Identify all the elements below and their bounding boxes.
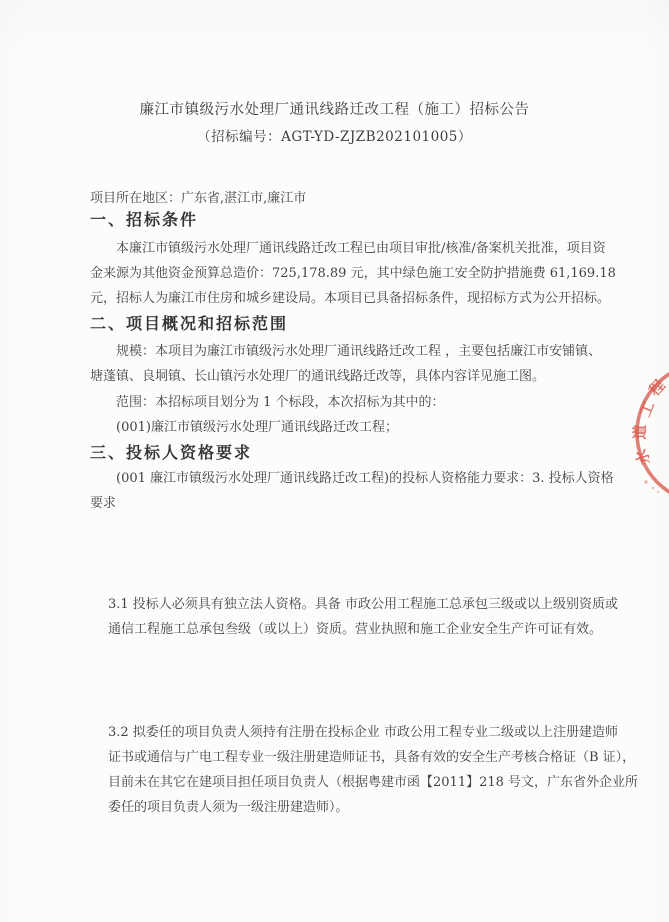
project-location-block: 项目所在地区：广东省,湛江市,廉江市 xyxy=(90,186,630,211)
seal-char: 水 xyxy=(632,447,654,467)
section-1-heading: 一、招标条件 xyxy=(90,210,198,230)
section-2-scope-paragraph: 规模：本项目为廉江市镇级污水处理厂通讯线路迁改工程 ，主要包括廉江市安铺镇、 塘… xyxy=(90,339,630,389)
body-line: (001 廉江市镇级污水处理厂通讯线路迁改工程)的投标人资格能力要求：3. 投标… xyxy=(90,466,630,491)
section-3-paragraph: (001 廉江市镇级污水处理厂通讯线路迁改工程)的投标人资格能力要求：3. 投标… xyxy=(90,466,630,516)
body-line: 本廉江市镇级污水处理厂通讯线路迁改工程已由项目审批/核准/备案机关批准，项目资 xyxy=(90,236,630,261)
red-seal-stamp-icon: 程 工 道 水 xyxy=(600,355,669,525)
body-line: 委任的项目负责人须为一级注册建造师）。 xyxy=(108,795,630,820)
clause-3-1-paragraph: 3.1 投标人必须具有独立法人资格。具备 市政公用工程施工总承包三级或以上级别资… xyxy=(108,592,630,642)
section-3-heading: 三、投标人资格要求 xyxy=(90,443,252,463)
body-line: 塘蓬镇、良垌镇、长山镇污水处理厂的通讯线路迁改等，具体内容详见施工图。 xyxy=(90,364,630,389)
section-2-range-line: 范围：本招标项目划分为 1 个标段，本次招标为其中的： xyxy=(90,390,630,415)
body-line: 通信工程施工总承包叁级（或以上）资质。营业执照和施工企业安全生产许可证有效。 xyxy=(108,617,630,642)
project-location: 项目所在地区：广东省,湛江市,廉江市 xyxy=(90,186,630,211)
section-1-paragraph: 本廉江市镇级污水处理厂通讯线路迁改工程已由项目审批/核准/备案机关批准，项目资 … xyxy=(90,236,630,311)
body-line: 规模：本项目为廉江市镇级污水处理厂通讯线路迁改工程 ，主要包括廉江市安铺镇、 xyxy=(90,339,630,364)
body-line: 元，招标人为廉江市住房和城乡建设局。本项目已具备招标条件，现招标方式为公开招标。 xyxy=(90,286,630,311)
body-line: 金来源为其他资金预算总造价：725,178.89 元，其中绿色施工安全防护措施费… xyxy=(90,261,630,286)
clause-3-2-paragraph: 3.2 拟委任的项目负责人须持有注册在投标企业 市政公用工程专业二级或以上注册建… xyxy=(108,720,630,820)
tender-number: （招标编号：AGT-YD-ZJZB202101005） xyxy=(0,126,669,148)
body-line: 要求 xyxy=(90,491,630,516)
seal-char: 道 xyxy=(631,424,649,439)
scanned-tender-document: 廉江市镇级污水处理厂通讯线路迁改工程（施工）招标公告 （招标编号：AGT-YD-… xyxy=(0,0,669,922)
body-line: 目前未在其它在建项目担任项目负责人（根据粤建市函【2011】218 号文，广东省… xyxy=(108,770,630,795)
body-line: 3.1 投标人必须具有独立法人资格。具备 市政公用工程施工总承包三级或以上级别资… xyxy=(108,592,630,617)
section-2-heading: 二、项目概况和招标范围 xyxy=(90,314,288,334)
body-line: 证书或通信与广电工程专业一级注册建造师证书，具备有效的安全生产考核合格证（B 证… xyxy=(108,745,630,770)
body-line: 范围：本招标项目划分为 1 个标段，本次招标为其中的： xyxy=(90,390,630,415)
body-line: (001)廉江市镇级污水处理厂通讯线路迁改工程； xyxy=(90,415,630,440)
document-title: 廉江市镇级污水处理厂通讯线路迁改工程（施工）招标公告 xyxy=(0,99,669,121)
body-line: 3.2 拟委任的项目负责人须持有注册在投标企业 市政公用工程专业二级或以上注册建… xyxy=(108,720,630,745)
section-2-lot-line: (001)廉江市镇级污水处理厂通讯线路迁改工程； xyxy=(90,415,630,440)
